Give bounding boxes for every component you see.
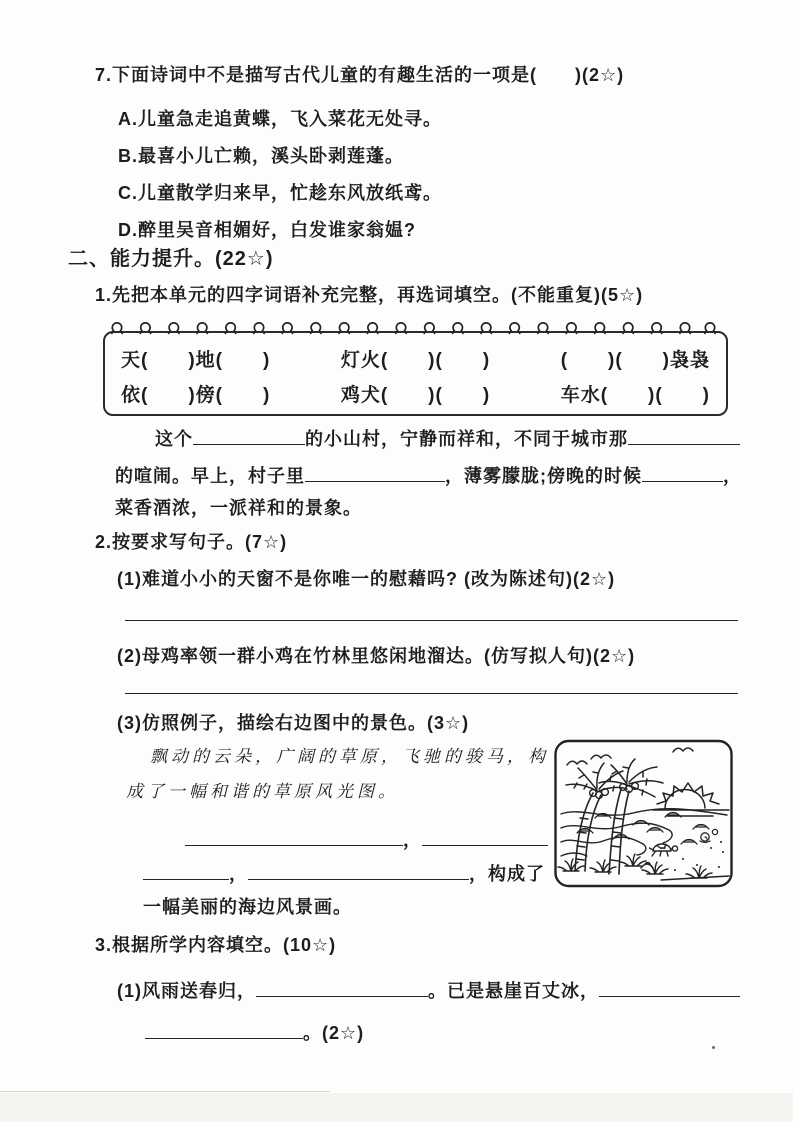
blank-field — [599, 976, 740, 997]
fill-comma: ， — [403, 829, 422, 851]
fill-row-1: ， — [185, 825, 548, 851]
fill-closing-line: 一幅美丽的海边风景画。 — [143, 896, 352, 918]
word-bank-box: 天( )地( ) 灯火( )( ) ( )( )袅袅 依( )傍( ) 鸡犬( … — [103, 331, 728, 416]
example-sentence-line2: 成了一幅和谐的草原风光图。 — [126, 781, 399, 803]
question3-sub1-line1: (1)风雨送春归，。已是悬崖百丈冰， — [117, 976, 740, 1002]
blank-field — [422, 825, 548, 846]
cloze-line-2: 的喧闹。早上，村子里，薄雾朦胧;傍晚的时候， — [115, 461, 742, 487]
blank-field — [628, 424, 740, 445]
question7-stem: 7.下面诗词中不是描写古代儿童的有趣生活的一项是( )(2☆) — [95, 64, 624, 86]
blank-field — [185, 825, 403, 846]
blank-field — [305, 461, 445, 482]
question2-sub1: (1)难道小小的天窗不是你唯一的慰藉吗? (改为陈述句)(2☆) — [117, 568, 615, 590]
cloze-text: ，薄雾朦胧;傍晚的时候 — [445, 465, 642, 487]
word-bank-row1: 天( )地( ) 灯火( )( ) ( )( )袅袅 — [121, 345, 710, 372]
blank-field — [145, 1018, 303, 1039]
palm-fronds — [566, 759, 663, 797]
word-item: 车水( )( ) — [561, 380, 710, 407]
blank-field — [248, 859, 469, 880]
worksheet-page: 7.下面诗词中不是描写古代儿童的有趣生活的一项是( )(2☆) A.儿童急走追黄… — [0, 0, 793, 1122]
cloze-text: 这个 — [155, 428, 193, 450]
question7-option-b: B.最喜小儿亡赖，溪头卧剥莲蓬。 — [118, 145, 404, 167]
word-item: ( )( )袅袅 — [561, 345, 710, 372]
question2-sub2: (2)母鸡率领一群小鸡在竹林里悠闲地溜达。(仿写拟人句)(2☆) — [117, 645, 635, 667]
blank-field — [143, 859, 229, 880]
shell-icon — [700, 829, 718, 842]
page-edge-strip — [0, 1093, 793, 1122]
fill-text: ，构成了 — [469, 863, 545, 885]
fill-comma: ， — [229, 863, 248, 885]
cloze-line-1: 这个的小山村，宁静而祥和，不同于城市那 — [155, 424, 740, 450]
word-item: 灯火( )( ) — [341, 345, 490, 372]
question2-stem: 2.按要求写句子。(7☆) — [95, 531, 287, 553]
fill-text: (1)风雨送春归， — [117, 980, 256, 1002]
scan-speck — [712, 1046, 715, 1049]
word-bank-row2: 依( )傍( ) 鸡犬( )( ) 车水( )( ) — [121, 380, 710, 407]
beach-scene-illustration — [553, 738, 735, 890]
question7-option-a: A.儿童急走追黄蝶，飞入菜花无处寻。 — [118, 108, 442, 130]
question7-option-c: C.儿童散学归来早，忙趁东风放纸鸢。 — [118, 182, 442, 204]
section2-heading: 二、能力提升。(22☆) — [68, 248, 274, 270]
question1-stem: 1.先把本单元的四字词语补充完整，再选词填空。(不能重复)(5☆) — [95, 284, 643, 306]
cloze-line-3: 菜香酒浓，一派祥和的景象。 — [115, 497, 362, 519]
question7-option-d: D.醉里吴音相媚好，白发谁家翁媪? — [118, 219, 416, 241]
question3-stem: 3.根据所学内容填空。(10☆) — [95, 934, 336, 956]
cloze-text: 的小山村，宁静而祥和，不同于城市那 — [305, 428, 628, 450]
answer-line — [125, 620, 738, 621]
sand-dots — [674, 841, 724, 871]
turtle-icon — [650, 844, 678, 856]
fill-row-2: ，，构成了 — [143, 859, 545, 885]
question3-sub1-line2: 。(2☆) — [145, 1018, 364, 1044]
cloze-text: 的喧闹。早上，村子里 — [115, 465, 305, 487]
spiral-binding-icon — [103, 317, 724, 341]
question2-sub3: (3)仿照例子，描绘右边图中的景色。(3☆) — [117, 712, 469, 734]
seagull-icon — [567, 748, 693, 765]
example-sentence-line1: 飘动的云朵，广阔的草原，飞驰的骏马，构 — [150, 746, 549, 768]
word-item: 天( )地( ) — [121, 345, 270, 372]
page-edge-shadow — [0, 1091, 330, 1092]
grass-tuft-icon — [558, 854, 712, 878]
cloze-text: ， — [723, 465, 742, 487]
sun-icon — [653, 783, 729, 816]
fill-text: 。已是悬崖百丈冰， — [428, 980, 599, 1002]
illustration-frame — [556, 741, 732, 886]
word-item: 鸡犬( )( ) — [341, 380, 490, 407]
answer-line — [125, 693, 738, 694]
fill-text: 。(2☆) — [303, 1022, 364, 1044]
blank-field — [256, 976, 428, 997]
blank-field — [193, 424, 305, 445]
word-item: 依( )傍( ) — [121, 380, 270, 407]
blank-field — [642, 461, 723, 482]
